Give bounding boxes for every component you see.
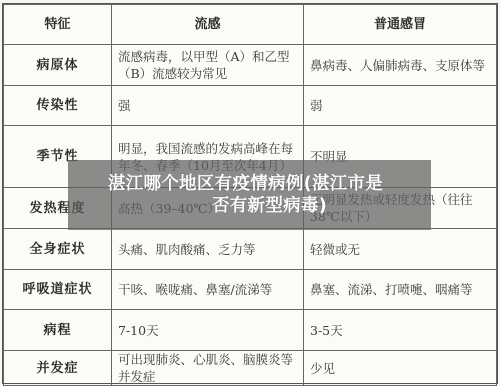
table-row: 病原体 流感病毒，以甲型（A）和乙型（B）流感较为常见 鼻病毒、人偏肺病毒、支原… xyxy=(4,45,497,86)
flu-cell: 流感病毒，以甲型（A）和乙型（B）流感较为常见 xyxy=(112,45,304,86)
flu-cell: 头痛、肌肉酸痛、乏力等 xyxy=(112,229,304,270)
table-row: 并发症 可出现肺炎、心肌炎、脑膜炎等并发症 少见 xyxy=(4,351,497,386)
flu-cell: 干咳、喉咙痛、鼻塞/流涕等 xyxy=(112,270,304,310)
table-row: 呼吸道症状 干咳、喉咙痛、鼻塞/流涕等 鼻塞、流涕、打喷嚏、咽痛等 xyxy=(4,270,497,310)
cold-cell: 鼻塞、流涕、打喷嚏、咽痛等 xyxy=(304,270,497,310)
cold-cell: 少见 xyxy=(304,351,497,386)
cold-cell: 轻微或无 xyxy=(304,229,497,270)
table-row: 病程 7-10天 3-5天 xyxy=(4,310,497,351)
overlay-title-line-2: 否有新型病毒) xyxy=(212,195,327,217)
row-label: 传染性 xyxy=(4,86,112,126)
row-label: 病程 xyxy=(4,310,112,351)
row-label: 病原体 xyxy=(4,45,112,86)
row-label: 并发症 xyxy=(4,351,112,386)
overlay-title-line-1: 湛江哪个地区有疫情病例(湛江市是 xyxy=(108,173,383,195)
row-label: 全身症状 xyxy=(4,229,112,270)
header-feature: 特征 xyxy=(4,5,112,45)
title-overlay-banner: 湛江哪个地区有疫情病例(湛江市是 否有新型病毒) xyxy=(68,160,431,230)
cold-cell: 弱 xyxy=(304,86,497,126)
flu-cell: 可出现肺炎、心肌炎、脑膜炎等并发症 xyxy=(112,351,304,386)
header-flu: 流感 xyxy=(112,5,304,45)
table-row: 传染性 强 弱 xyxy=(4,86,497,126)
header-common-cold: 普通感冒 xyxy=(304,5,497,45)
table-row: 全身症状 头痛、肌肉酸痛、乏力等 轻微或无 xyxy=(4,229,497,270)
table-header-row: 特征 流感 普通感冒 xyxy=(4,5,497,45)
cold-cell: 鼻病毒、人偏肺病毒、支原体等 xyxy=(304,45,497,86)
row-label: 呼吸道症状 xyxy=(4,270,112,310)
flu-cell: 7-10天 xyxy=(112,310,304,351)
flu-cell: 强 xyxy=(112,86,304,126)
cold-cell: 3-5天 xyxy=(304,310,497,351)
